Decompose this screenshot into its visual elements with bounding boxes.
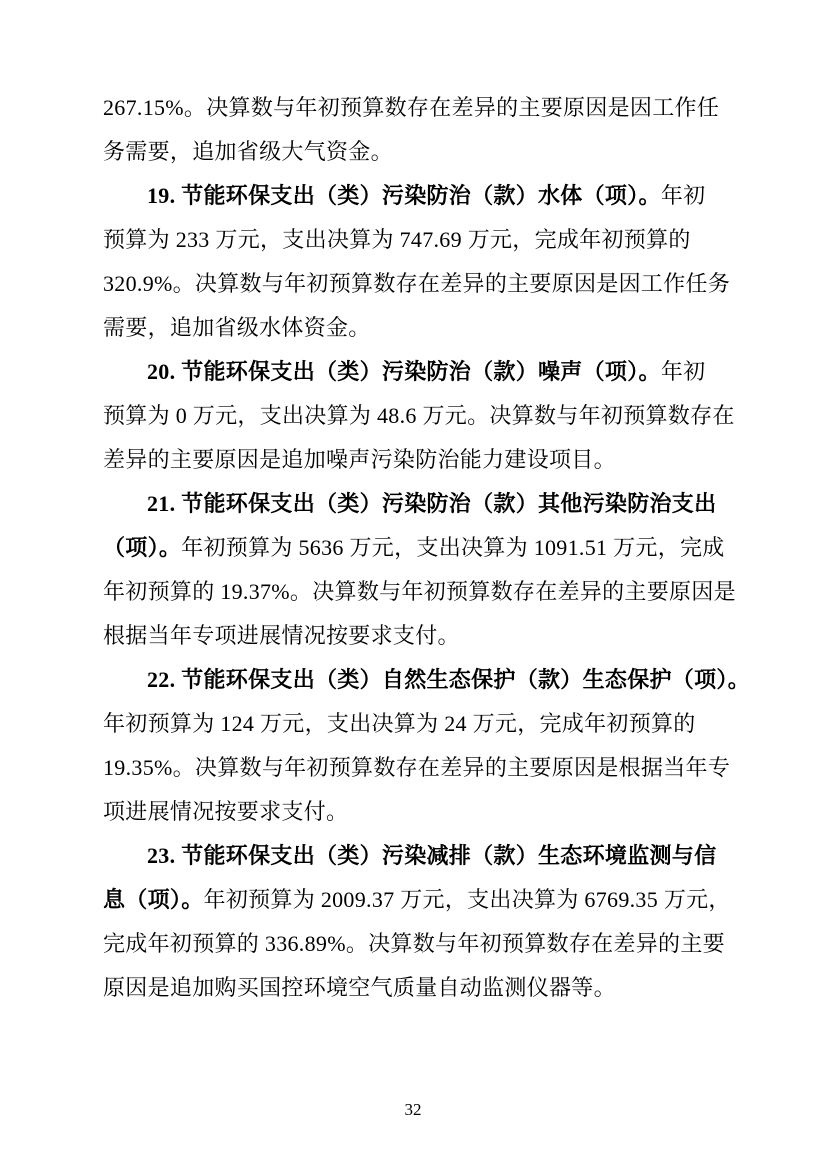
text-line: （项）。年初预算为 5636 万元，支出决算为 1091.51 万元，完成 <box>103 526 743 570</box>
body-text: 完成年初预算的 336.89%。决算数与年初预算数存在差异的主要 <box>103 931 725 956</box>
document-page: 267.15%。决算数与年初预算数存在差异的主要原因是因工作任务需要，追加省级大… <box>0 0 826 1169</box>
heading-text: 19. 节能环保支出（类）污染防治（款）水体（项）。 <box>147 183 661 208</box>
page-footer: 32 <box>0 1098 826 1122</box>
body-text: 务需要，追加省级大气资金。 <box>103 139 393 164</box>
text-line: 预算为 233 万元，支出决算为 747.69 万元，完成年初预算的 <box>103 218 743 262</box>
body-text: 年初预算为 2009.37 万元，支出决算为 6769.35 万元， <box>204 887 731 912</box>
body-text: 项进展情况按要求支付。 <box>103 799 348 824</box>
text-line: 23. 节能环保支出（类）污染减排（款）生态环境监测与信 <box>103 834 743 878</box>
body-text: 预算为 233 万元，支出决算为 747.69 万元，完成年初预算的 <box>103 227 691 252</box>
heading-text: 23. 节能环保支出（类）污染减排（款）生态环境监测与信 <box>147 843 716 868</box>
body-text: 预算为 0 万元，支出决算为 48.6 万元。决算数与年初预算数存在 <box>103 403 735 428</box>
text-line: 完成年初预算的 336.89%。决算数与年初预算数存在差异的主要 <box>103 922 743 966</box>
heading-text: 22. 节能环保支出（类）自然生态保护（款）生态保护（项）。 <box>147 667 750 692</box>
text-line: 根据当年专项进展情况按要求支付。 <box>103 614 743 658</box>
text-line: 预算为 0 万元，支出决算为 48.6 万元。决算数与年初预算数存在 <box>103 394 743 438</box>
text-line: 21. 节能环保支出（类）污染防治（款）其他污染防治支出 <box>103 482 743 526</box>
text-line: 务需要，追加省级大气资金。 <box>103 130 743 174</box>
text-line: 320.9%。决算数与年初预算数存在差异的主要原因是因工作任务 <box>103 262 743 306</box>
document-body: 267.15%。决算数与年初预算数存在差异的主要原因是因工作任务需要，追加省级大… <box>103 86 743 1010</box>
heading-text: 21. 节能环保支出（类）污染防治（款）其他污染防治支出 <box>147 491 716 516</box>
heading-text: 息（项）。 <box>103 887 204 912</box>
body-text: 267.15%。决算数与年初预算数存在差异的主要原因是因工作任 <box>103 95 719 120</box>
text-line: 22. 节能环保支出（类）自然生态保护（款）生态保护（项）。 <box>103 658 743 702</box>
text-line: 需要，追加省级水体资金。 <box>103 306 743 350</box>
body-text: 年初预算的 19.37%。决算数与年初预算数存在差异的主要原因是 <box>103 579 736 604</box>
text-line: 20. 节能环保支出（类）污染防治（款）噪声（项）。年初 <box>103 350 743 394</box>
text-line: 267.15%。决算数与年初预算数存在差异的主要原因是因工作任 <box>103 86 743 130</box>
text-line: 差异的主要原因是追加噪声污染防治能力建设项目。 <box>103 438 743 482</box>
body-text: 年初预算为 5636 万元，支出决算为 1091.51 万元，完成 <box>181 535 724 560</box>
heading-text: 20. 节能环保支出（类）污染防治（款）噪声（项）。 <box>147 359 661 384</box>
heading-text: （项）。 <box>103 535 181 560</box>
text-line: 年初预算为 124 万元，支出决算为 24 万元，完成年初预算的 <box>103 702 743 746</box>
body-text: 年初 <box>661 183 706 208</box>
text-line: 19. 节能环保支出（类）污染防治（款）水体（项）。年初 <box>103 174 743 218</box>
body-text: 320.9%。决算数与年初预算数存在差异的主要原因是因工作任务 <box>103 271 730 296</box>
body-text: 差异的主要原因是追加噪声污染防治能力建设项目。 <box>103 447 616 472</box>
body-text: 需要，追加省级水体资金。 <box>103 315 371 340</box>
text-line: 年初预算的 19.37%。决算数与年初预算数存在差异的主要原因是 <box>103 570 743 614</box>
body-text: 根据当年专项进展情况按要求支付。 <box>103 623 460 648</box>
text-line: 息（项）。年初预算为 2009.37 万元，支出决算为 6769.35 万元， <box>103 878 743 922</box>
text-line: 原因是追加购买国控环境空气质量自动监测仪器等。 <box>103 966 743 1010</box>
body-text: 原因是追加购买国控环境空气质量自动监测仪器等。 <box>103 975 616 1000</box>
body-text: 年初预算为 124 万元，支出决算为 24 万元，完成年初预算的 <box>103 711 696 736</box>
text-line: 项进展情况按要求支付。 <box>103 790 743 834</box>
body-text: 19.35%。决算数与年初预算数存在差异的主要原因是根据当年专 <box>103 755 730 780</box>
text-line: 19.35%。决算数与年初预算数存在差异的主要原因是根据当年专 <box>103 746 743 790</box>
body-text: 年初 <box>661 359 706 384</box>
page-number: 32 <box>405 1100 422 1119</box>
